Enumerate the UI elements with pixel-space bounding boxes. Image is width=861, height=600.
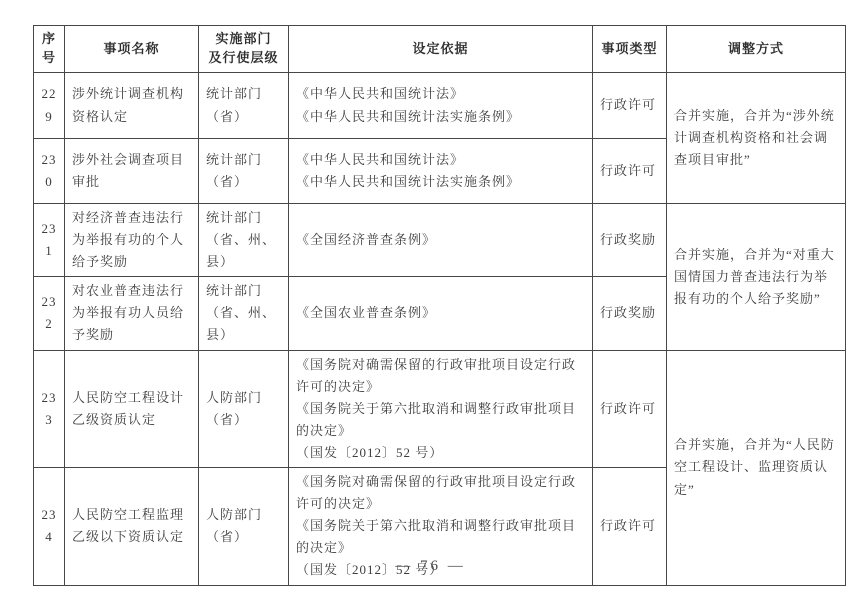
row-number-cell: 229 (34, 73, 65, 139)
header-row: 序 号 事项名称 实施部门 及行使层级 设定依据 事项类型 调整方式 (34, 26, 846, 73)
row-number-cell: 232 (34, 277, 65, 350)
item-name-cell: 对农业普查违法行为举报有功人员给予奖励 (65, 277, 199, 350)
item-type-cell: 行政许可 (593, 350, 667, 467)
row-number-cell: 233 (34, 350, 65, 467)
header-cell-department: 实施部门 及行使层级 (199, 26, 289, 73)
basis-cell: 《全国农业普查条例》 (289, 277, 593, 350)
header-cell-basis: 设定依据 (289, 26, 593, 73)
department-cell: 人防部门（省） (199, 350, 289, 467)
adjust-method-merged-cell: 合并实施，合并为“涉外统计调查机构资格和社会调查项目审批” (667, 73, 846, 204)
item-type-cell: 行政许可 (593, 73, 667, 139)
department-cell: 统计部门（省、州、县） (199, 204, 289, 277)
table-row: 231 对经济普查违法行为举报有功的个人给予奖励 统计部门（省、州、县） 《全国… (34, 204, 846, 277)
table-row: 229 涉外统计调查机构资格认定 统计部门（省） 《中华人民共和国统计法》 《中… (34, 73, 846, 139)
header-cell-adjust-method: 调整方式 (667, 26, 846, 73)
admin-items-table: 序 号 事项名称 实施部门 及行使层级 设定依据 事项类型 调整方式 229 涉… (33, 25, 846, 586)
header-cell-item-name: 事项名称 (65, 26, 199, 73)
item-type-cell: 行政奖励 (593, 277, 667, 350)
item-name-cell: 涉外社会调查项目审批 (65, 139, 199, 204)
basis-cell: 《全国经济普查条例》 (289, 204, 593, 277)
adjust-method-merged-cell: 合并实施，合并为“人民防空工程设计、监理资质认定” (667, 350, 846, 585)
header-cell-item-type: 事项类型 (593, 26, 667, 73)
page-number: — 76 — (0, 558, 861, 575)
item-type-cell: 行政许可 (593, 139, 667, 204)
adjust-method-merged-cell: 合并实施，合并为“对重大国情国力普查违法行为举报有功的个人给予奖励” (667, 204, 846, 351)
basis-cell: 《国务院对确需保留的行政审批项目设定行政许可的决定》 《国务院关于第六批取消和调… (289, 350, 593, 467)
row-number-cell: 230 (34, 139, 65, 204)
item-name-cell: 涉外统计调查机构资格认定 (65, 73, 199, 139)
table-row: 233 人民防空工程设计乙级资质认定 人防部门（省） 《国务院对确需保留的行政审… (34, 350, 846, 467)
basis-cell: 《中华人民共和国统计法》 《中华人民共和国统计法实施条例》 (289, 73, 593, 139)
header-cell-number: 序 号 (34, 26, 65, 73)
department-cell: 统计部门（省） (199, 139, 289, 204)
basis-cell: 《中华人民共和国统计法》 《中华人民共和国统计法实施条例》 (289, 139, 593, 204)
item-name-cell: 对经济普查违法行为举报有功的个人给予奖励 (65, 204, 199, 277)
row-number-cell: 231 (34, 204, 65, 277)
department-cell: 统计部门（省） (199, 73, 289, 139)
department-cell: 统计部门（省、州、县） (199, 277, 289, 350)
item-name-cell: 人民防空工程设计乙级资质认定 (65, 350, 199, 467)
item-type-cell: 行政奖励 (593, 204, 667, 277)
